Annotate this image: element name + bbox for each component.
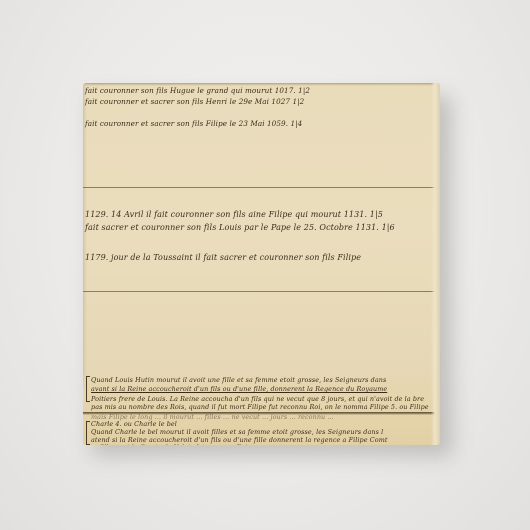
manuscript-line: Poitiers frere de Louis. La Reine accouc… [91, 395, 424, 403]
manuscript-line: fait couronner son fils Hugue le grand q… [85, 86, 310, 95]
square-pinback-button: fait couronner son fils Hugue le grand q… [83, 83, 440, 445]
margin-bracket [86, 421, 90, 445]
manuscript-line: Quand Louis Hutin mourut il avoit une fi… [91, 376, 386, 384]
manuscript-line: ... fille ... et le Comte de Valois fut … [91, 443, 248, 445]
manuscript-line: fait sacrer et couronner son fils Louis … [85, 223, 395, 232]
button-right-edge [431, 83, 440, 445]
manuscript-line: pas mis au nombre des Rois, quand il fut… [91, 403, 429, 411]
ruled-line [83, 187, 440, 188]
manuscript-line: 1129. 14 Avril il fait couronner son fil… [85, 210, 383, 219]
manuscript-line: Quand Charle le bel mourut il avoit fill… [91, 428, 383, 436]
manuscript-line: fait couronner et sacrer son fils Filipe… [85, 119, 302, 128]
manuscript-line: fait couronner et sacrer son fils Henri … [85, 97, 304, 106]
ruled-line [83, 291, 440, 292]
manuscript-line: Charle 4. ou Charle le bel [91, 420, 177, 428]
manuscript-line: 1179. jour de la Toussaint il fait sacre… [85, 253, 361, 262]
manuscript-line: avant si la Reine accoucheroit d'un fils… [91, 385, 387, 393]
margin-bracket [86, 376, 90, 402]
